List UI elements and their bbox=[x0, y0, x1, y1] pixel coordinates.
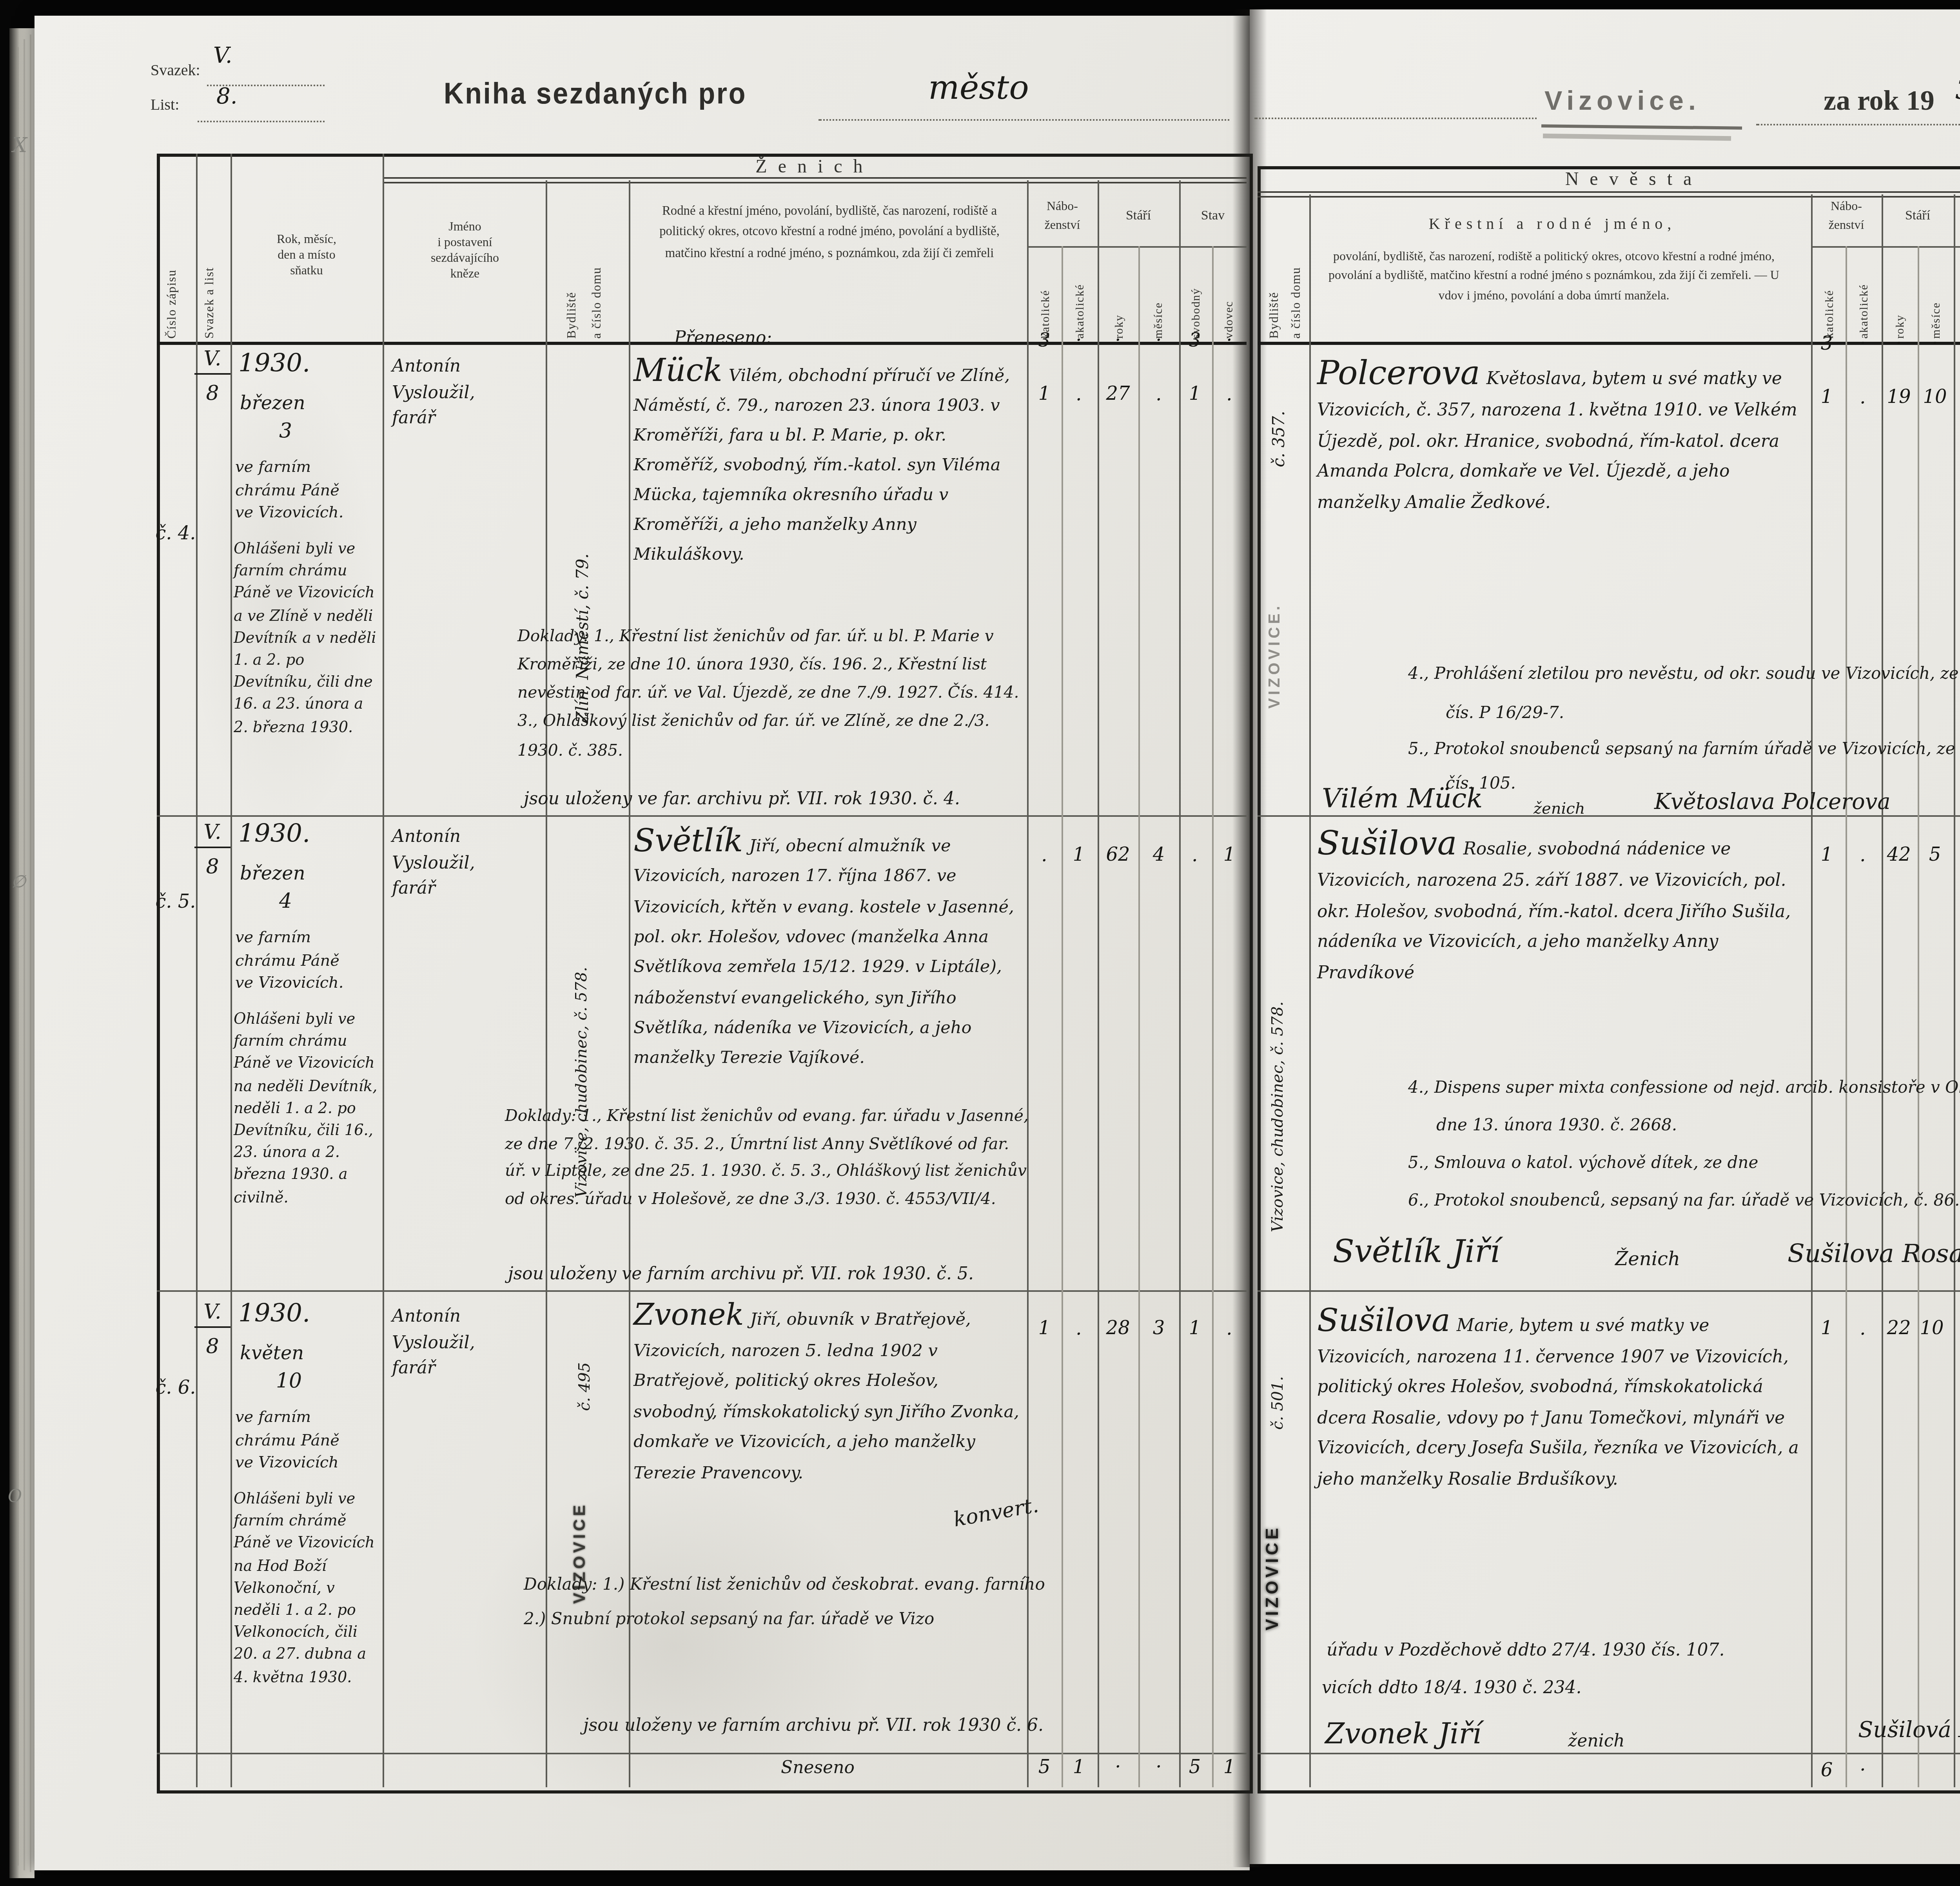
row2-bride-surname: Sušilova bbox=[1317, 825, 1457, 862]
row3-signature-bride: Sušilová Marie bbox=[1858, 1718, 1960, 1743]
col-date-place: Rok, měsíc, den a místo sňatku bbox=[232, 232, 381, 279]
row1-bride-text: Polcerova Květoslava, bytem u své matky … bbox=[1317, 354, 1803, 519]
col-catholic-bride: katolické bbox=[1822, 254, 1836, 339]
row2-groom-single: · bbox=[1179, 850, 1210, 872]
row1-bride-catholic: 1 bbox=[1811, 386, 1842, 408]
row3-announcement: Ohlášeni byli ve farním chrámě Páně ve V… bbox=[234, 1489, 379, 1690]
row2-groom-years: 62 bbox=[1102, 843, 1134, 865]
row1-bride-months: 10 bbox=[1919, 386, 1951, 408]
col-residence-bride-2: a číslo domu bbox=[1289, 201, 1303, 339]
row3-groom-text: Zvonek Jiří, obuvník v Bratřejově, Vizov… bbox=[633, 1298, 1022, 1489]
row1-bride-note-2: čís. P 16/29-7. bbox=[1446, 704, 1564, 723]
carried-bride-single: 3 bbox=[1951, 332, 1960, 354]
row1-signature-bride: Květoslava Polcerova bbox=[1654, 790, 1891, 815]
groom-description: Rodné a křestní jméno, povolání, bydlišt… bbox=[640, 201, 1019, 263]
margin-mark-2: ∅ bbox=[11, 872, 26, 892]
row3-bride-surname: Sušilova bbox=[1317, 1301, 1450, 1339]
col-months-groom: měsíce bbox=[1151, 263, 1165, 339]
totals-groom-widower: 1 bbox=[1214, 1756, 1245, 1778]
col-catholic-groom: katolické bbox=[1038, 254, 1052, 339]
row2-bride-residence: Vizovice, chudobinec, č. 578. bbox=[1270, 825, 1287, 1232]
row2-bride-noncatholic: · bbox=[1847, 850, 1878, 872]
row1-groom-months: · bbox=[1143, 389, 1174, 411]
page-title-place: město bbox=[928, 69, 1029, 107]
row3-bride-residence-no: č. 501. bbox=[1270, 1336, 1287, 1430]
year-value: 30. bbox=[1955, 75, 1960, 107]
row2-signature-bride: Sušilova Rosalie bbox=[1788, 1239, 1960, 1268]
row2-bride-note-1: 4., Dispens super mixta confessione od n… bbox=[1408, 1079, 1960, 1097]
row3-place: ve farním chrámu Páně ve Vizovicích bbox=[235, 1408, 381, 1476]
col-status-bride: Stav bbox=[1954, 207, 1960, 224]
row1-signature-groom: Vilém Mück bbox=[1322, 784, 1483, 815]
book-spread: Svazek: V. List: 8. Kniha sezdaných pro … bbox=[0, 0, 1960, 1886]
row2-place: ve farním chrámu Páně ve Vizovicích. bbox=[235, 928, 381, 996]
row2-groom-text: Světlík Jiří, obecní almužník ve Vizovic… bbox=[633, 821, 1022, 1074]
row2-signature-groom-label: Ženich bbox=[1615, 1248, 1680, 1270]
col-age-groom: Stáří bbox=[1098, 207, 1179, 224]
carried-bride-noncatholic: · bbox=[1847, 332, 1878, 354]
row3-year: 1930. bbox=[238, 1298, 310, 1328]
row2-groom-widower: 1 bbox=[1214, 843, 1245, 865]
col-record-no: Číslo zápisu bbox=[165, 201, 179, 339]
col-religion-bride-2: ženství bbox=[1811, 218, 1882, 234]
row2-sheet: 8 bbox=[194, 856, 230, 880]
page-stain-2 bbox=[188, 361, 376, 831]
row1-priest: Antonín Vysloužil, farář bbox=[392, 354, 541, 432]
col-single-groom: svobodný bbox=[1189, 254, 1203, 339]
row2-announcement: Ohlášeni byli ve farním chrámu Páně ve V… bbox=[234, 1010, 379, 1210]
row3-groom-catholic: 1 bbox=[1029, 1317, 1060, 1339]
svazek-value: V. bbox=[213, 44, 232, 69]
col-religion-groom-2: ženství bbox=[1027, 218, 1098, 234]
list-value: 8. bbox=[216, 85, 237, 110]
row2-signature-groom: Světlík Jiří bbox=[1333, 1232, 1500, 1270]
row2-bride-text: Sušilova Rosalie, svobodná nádenice ve V… bbox=[1317, 825, 1803, 989]
row2-month: březen bbox=[240, 862, 305, 884]
row2-bride-months: 5 bbox=[1919, 843, 1951, 865]
row1-bride-residence-stamp: VIZOVICE. bbox=[1267, 473, 1284, 709]
row2-priest: Antonín Vysloužil, farář bbox=[392, 825, 541, 902]
row1-groom-documents: Doklady: 1., Křestní list ženichův od fa… bbox=[517, 624, 1035, 766]
carried-groom-noncatholic: · bbox=[1063, 329, 1094, 351]
margin-mark-x: X bbox=[13, 135, 27, 158]
scanned-register-photo: Svazek: V. List: 8. Kniha sezdaných pro … bbox=[0, 0, 1960, 1886]
row3-bride-residence-stamp: VIZOVICE bbox=[1264, 1439, 1283, 1630]
row2-bride-note-4: 6., Protokol snoubenců, sepsaný na far. … bbox=[1408, 1191, 1960, 1210]
row3-volume: V. bbox=[194, 1301, 230, 1328]
row1-groom-filed: jsou uloženy ve far. archivu př. VII. ro… bbox=[524, 789, 960, 809]
row2-bride-catholic: 1 bbox=[1811, 843, 1842, 865]
col-months-bride: měsíce bbox=[1929, 263, 1943, 339]
col-priest: Jméno i postavení sezdávajícího kněze bbox=[386, 219, 544, 282]
row2-groom-documents: Doklady: 1., Křestní list ženichův od ev… bbox=[505, 1104, 1035, 1214]
row1-groom-widower: · bbox=[1214, 389, 1245, 411]
carried-groom-catholic: 3 bbox=[1029, 329, 1060, 351]
row1-bride-years: 19 bbox=[1883, 386, 1915, 408]
row2-groom-noncatholic: 1 bbox=[1063, 843, 1094, 865]
row3-groom-single: 1 bbox=[1179, 1317, 1210, 1339]
row3-groom-details: Jiří, obuvník v Bratřejově, Vizovicích, … bbox=[633, 1309, 1019, 1483]
row2-day: 4 bbox=[279, 890, 292, 914]
row2-bride-single: 1 bbox=[1951, 843, 1960, 865]
col-residence-bride-1: Bydliště bbox=[1267, 201, 1281, 339]
row1-groom-years: 27 bbox=[1102, 383, 1134, 404]
row1-groom-noncatholic: · bbox=[1063, 389, 1094, 411]
row1-bride-residence-no: č. 357. bbox=[1270, 357, 1289, 467]
row3-bride-details: Marie, bytem u své matky ve Vizovicích, … bbox=[1317, 1315, 1799, 1489]
row3-groom-residence-no: č. 495 bbox=[577, 1325, 594, 1411]
row3-groom-noncatholic: · bbox=[1063, 1323, 1094, 1345]
col-age-bride: Stáří bbox=[1882, 207, 1954, 224]
col-religion-bride-1: Nábo- bbox=[1811, 199, 1882, 215]
bride-name-line: Křestní a rodné jméno, bbox=[1317, 216, 1788, 234]
row3-bride-catholic: 1 bbox=[1811, 1317, 1842, 1339]
row1-signature-groom-label: ženich bbox=[1534, 801, 1585, 818]
col-religion-groom-1: Nábo- bbox=[1027, 199, 1098, 215]
carried-label: Přeneseno: bbox=[674, 328, 772, 348]
row1-groom-details: Vilém, obchodní příručí ve Zlíně, Náměst… bbox=[633, 365, 1010, 564]
page-title: Kniha sezdaných pro bbox=[444, 78, 819, 113]
col-noncatholic-bride: akatolické bbox=[1857, 254, 1871, 339]
row3-bride-noncatholic: · bbox=[1847, 1323, 1878, 1345]
row2-groom-months: 4 bbox=[1143, 843, 1174, 865]
col-status-groom: Stav bbox=[1179, 207, 1247, 224]
row3-bride-text: Sušilova Marie, bytem u své matky ve Viz… bbox=[1317, 1301, 1803, 1495]
row3-sheet: 8 bbox=[194, 1336, 230, 1359]
row3-bride-single: 1 bbox=[1951, 1317, 1960, 1339]
row3-day: 10 bbox=[276, 1370, 302, 1394]
bride-description: povolání, bydliště, čas narození, rodišt… bbox=[1320, 248, 1788, 306]
row2-groom-catholic: · bbox=[1029, 850, 1060, 872]
row1-bride-note-1: 4., Prohlášení zletilou pro nevěstu, od … bbox=[1408, 665, 1960, 684]
carried-groom-years: · bbox=[1102, 329, 1134, 351]
row3-groom-widower: · bbox=[1214, 1323, 1245, 1345]
row3-bride-years: 22 bbox=[1883, 1317, 1915, 1339]
row1-groom-catholic: 1 bbox=[1029, 383, 1060, 404]
row1-bride-noncatholic: · bbox=[1847, 392, 1878, 414]
col-widower-groom: vdovec bbox=[1221, 257, 1236, 339]
carried-groom-widower: · bbox=[1214, 329, 1245, 351]
carried-bride-years: · bbox=[1883, 332, 1915, 354]
row1-groom-single: 1 bbox=[1179, 383, 1210, 404]
row3-signature-groom-label: ženich bbox=[1568, 1731, 1625, 1751]
row2-groom-surname: Světlík bbox=[633, 821, 743, 859]
row1-groom-text: Mück Vilém, obchodní příručí ve Zlíně, N… bbox=[633, 351, 1022, 569]
totals-groom-catholic: 5 bbox=[1029, 1756, 1060, 1778]
carried-groom-months: · bbox=[1143, 329, 1174, 351]
margin-mark-3: O bbox=[8, 1486, 22, 1507]
row2-bride-years: 42 bbox=[1883, 843, 1915, 865]
col-volume-sheet: Svazek a list bbox=[202, 201, 216, 339]
col-residence-groom-2: a číslo domu bbox=[590, 201, 604, 339]
row3-groom-years: 28 bbox=[1102, 1317, 1134, 1339]
list-label: List: bbox=[151, 97, 179, 114]
totals-bride-catholic: 6 bbox=[1811, 1759, 1842, 1781]
carried-bride-catholic: 3 bbox=[1811, 332, 1842, 354]
row2-record-no: č. 5. bbox=[155, 890, 196, 912]
row3-priest: Antonín Vysloužil, farář bbox=[392, 1304, 541, 1382]
totals-groom-single: 5 bbox=[1179, 1756, 1210, 1778]
totals-groom-noncatholic: 1 bbox=[1063, 1756, 1094, 1778]
col-years-groom: roky bbox=[1112, 267, 1126, 339]
totals-bride-noncatholic: · bbox=[1847, 1759, 1878, 1781]
row3-bride-note-1: úřadu v Pozděchově ddto 27/4. 1930 čís. … bbox=[1327, 1640, 1725, 1660]
totals-bride-single: 6 bbox=[1951, 1759, 1960, 1781]
svazek-label: Svazek: bbox=[151, 63, 200, 80]
row2-groom-details: Jiří, obecní almužník ve Vizovicích, nar… bbox=[633, 836, 1014, 1068]
carried-groom-single: 3 bbox=[1179, 329, 1210, 351]
col-years-bride: roky bbox=[1893, 267, 1907, 339]
row3-groom-surname: Zvonek bbox=[633, 1298, 744, 1333]
row3-month: květen bbox=[240, 1342, 304, 1364]
col-noncatholic-groom: akatolické bbox=[1073, 254, 1087, 339]
carried-bride-months: · bbox=[1919, 332, 1951, 354]
row2-bride-note-2: dne 13. února 1930. č. 2668. bbox=[1436, 1116, 1677, 1135]
row3-bride-note-2: vicích ddto 18/4. 1930 č. 234. bbox=[1322, 1677, 1581, 1698]
row1-bride-single: 1 bbox=[1951, 386, 1960, 408]
row1-bride-note-3: 5., Protokol snoubenců sepsaný na farním… bbox=[1408, 740, 1960, 759]
section-title-groom: Ženich bbox=[383, 155, 1247, 179]
col-residence-groom-1: Bydliště bbox=[564, 201, 579, 339]
row3-record-no: č. 6. bbox=[155, 1376, 196, 1398]
row3-bride-months: 10 bbox=[1916, 1317, 1947, 1339]
totals-groom-years: · bbox=[1102, 1756, 1134, 1778]
row1-bride-surname: Polcerova bbox=[1317, 354, 1480, 392]
row2-groom-filed: jsou uloženy ve farním archivu př. VII. … bbox=[508, 1264, 974, 1284]
year-label: za rok 19 bbox=[1824, 85, 1935, 118]
place-stamp: Vizovice. bbox=[1544, 86, 1700, 118]
totals-groom-months: · bbox=[1143, 1756, 1174, 1778]
row3-groom-months: 3 bbox=[1143, 1317, 1174, 1339]
row2-bride-note-3: 5., Smlouva o katol. výchově dítek, ze d… bbox=[1408, 1154, 1758, 1173]
row3-signature-groom: Zvonek Jiří bbox=[1325, 1718, 1481, 1751]
section-title-bride: Nevěsta bbox=[1258, 168, 1960, 191]
row1-groom-surname: Mück bbox=[633, 351, 722, 389]
page-stain-1 bbox=[470, 1474, 878, 1819]
